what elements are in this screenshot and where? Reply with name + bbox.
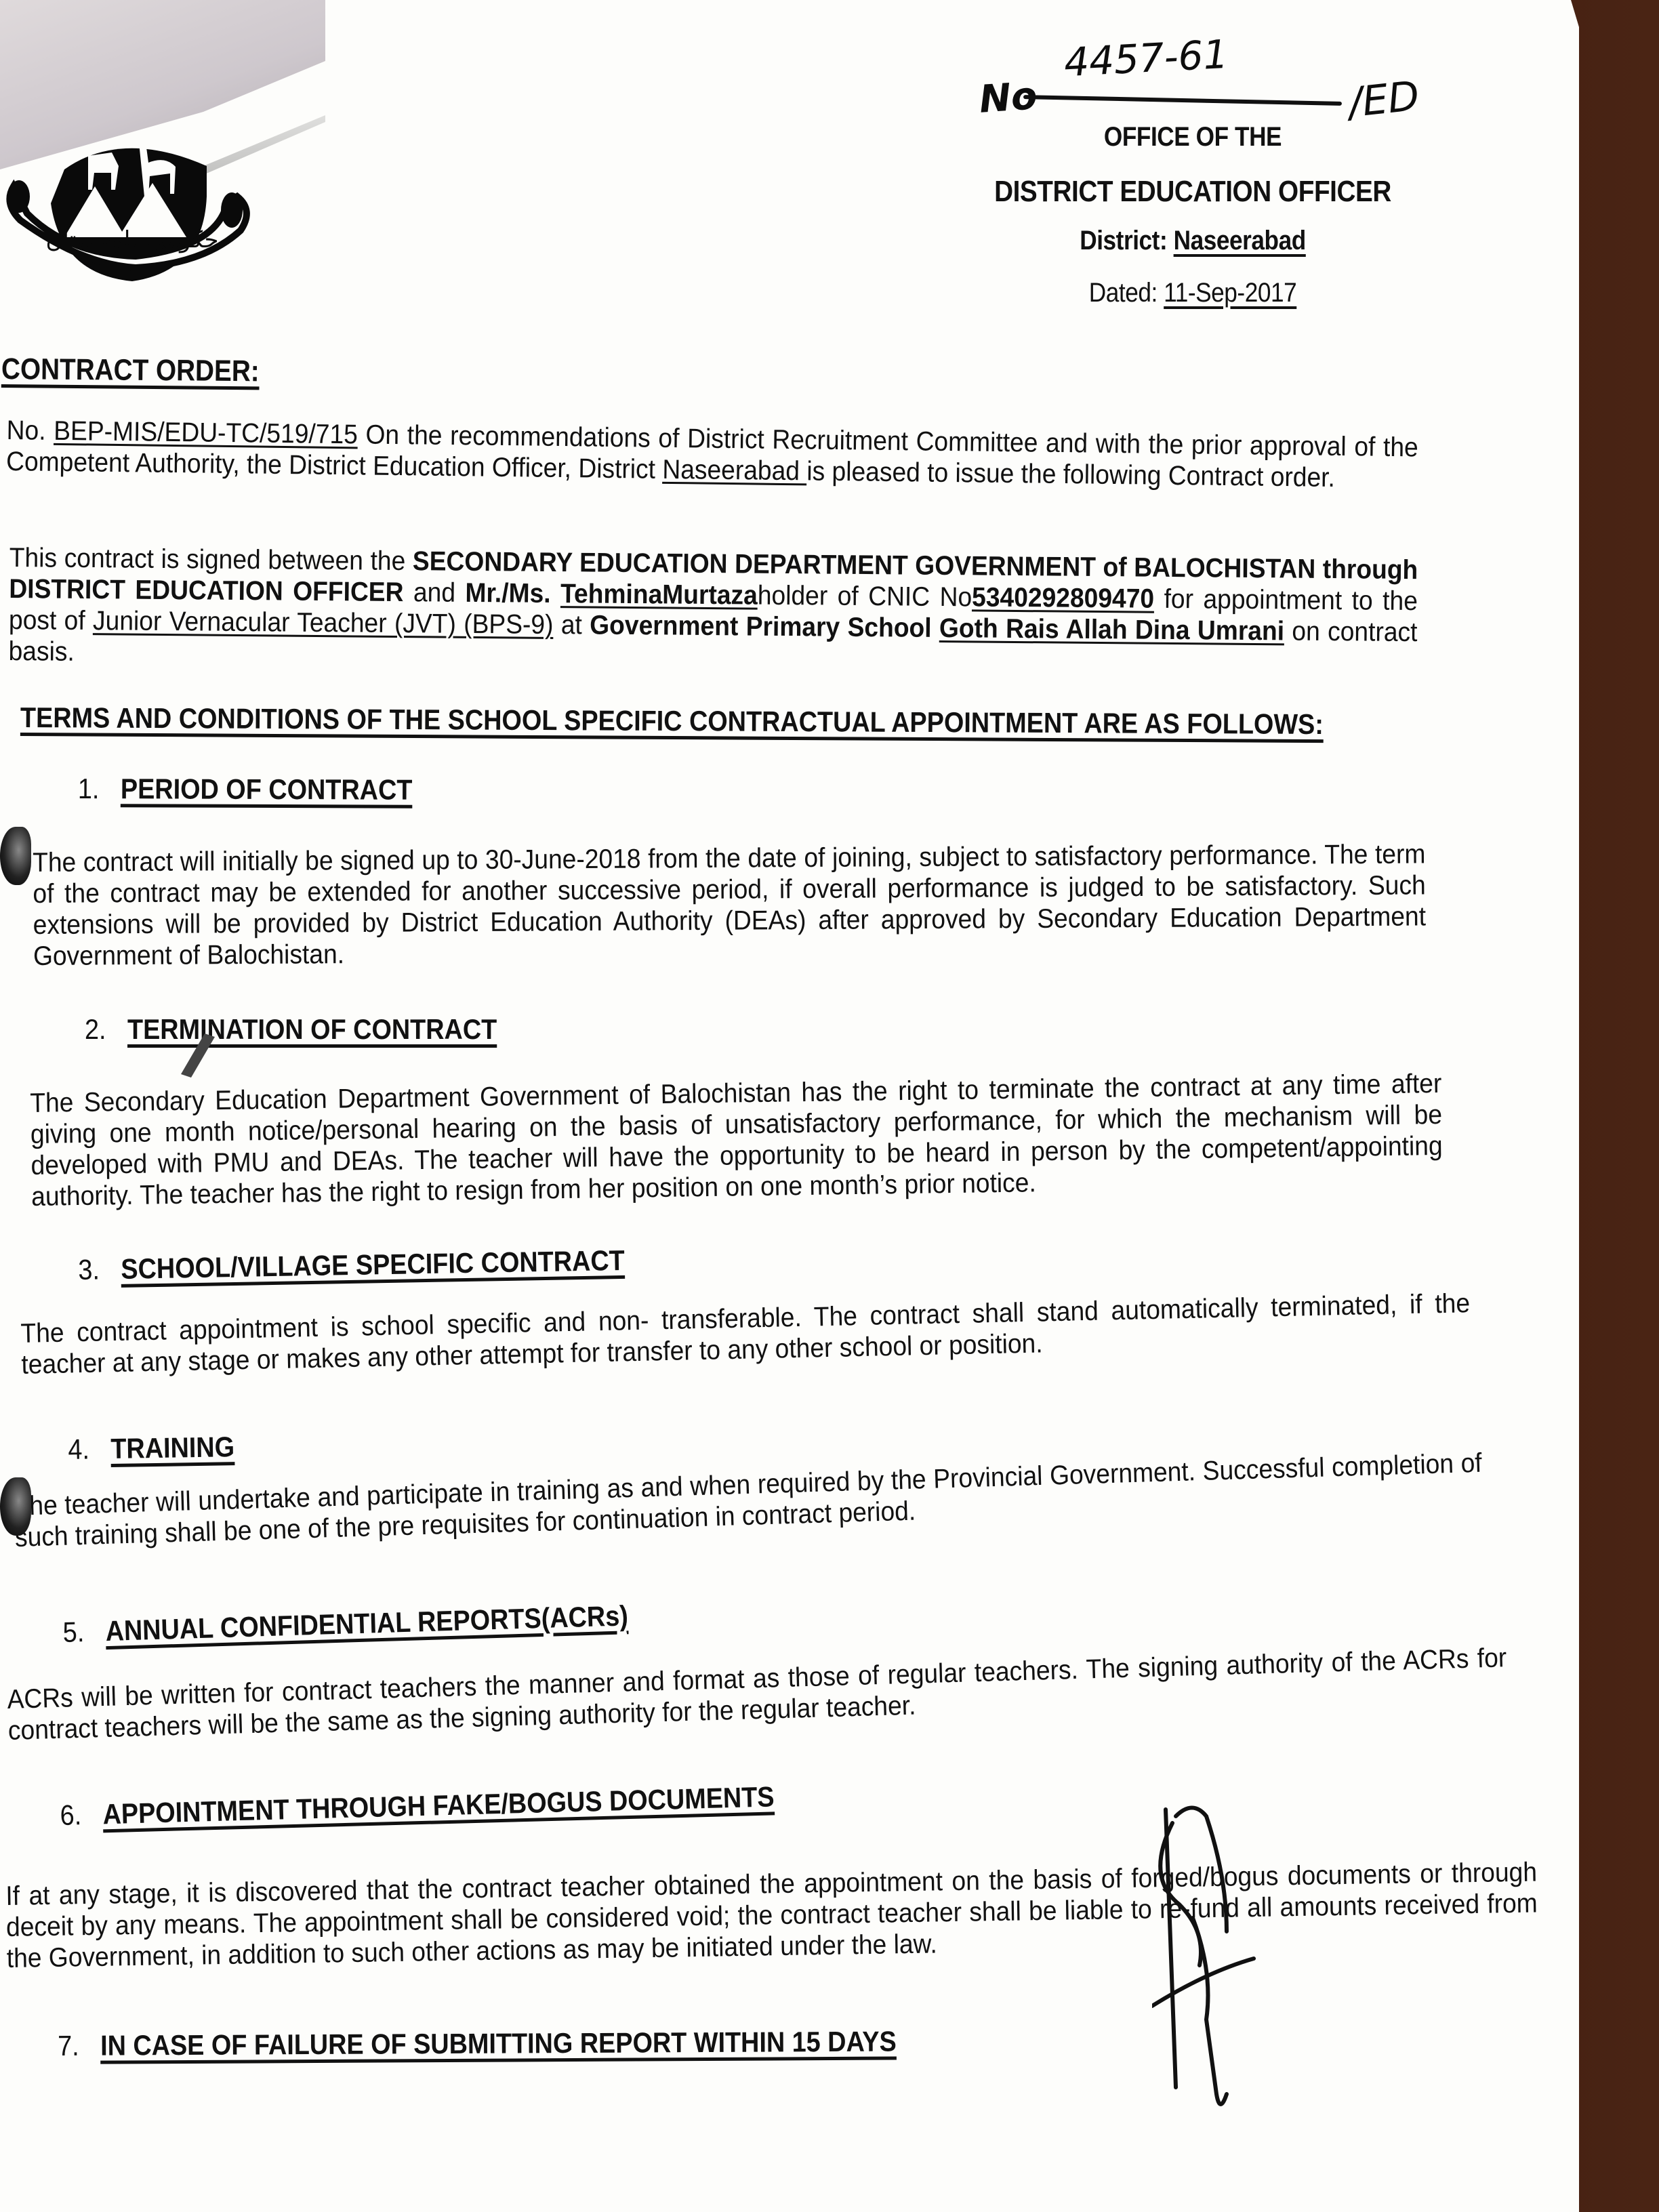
section-2-body: The Secondary Education Department Gover… — [30, 1068, 1443, 1212]
handwritten-no-value: 4457-61 — [1063, 31, 1229, 86]
agreement-text: This contract is signed between the — [9, 543, 413, 576]
agreement-text: and — [403, 577, 465, 608]
section-number: 6. — [60, 1798, 103, 1832]
svg-text:حکومت بلوچستان: حکومت بلوچستان — [46, 226, 219, 253]
teacher-name: TehminaMurtaza — [560, 579, 758, 611]
government-of-balochistan-emblem-icon: حکومت بلوچستان — [0, 102, 258, 285]
intro-district: Naseerabad — [662, 455, 807, 487]
thumb-smudge — [0, 1477, 31, 1536]
school-name: Goth Rais Allah Dina Umrani — [939, 613, 1284, 646]
post-title: Junior Vernacular Teacher (JVT) (BPS-9) — [93, 606, 554, 640]
pen-smudge-mark — [178, 1033, 218, 1081]
thumb-smudge — [0, 827, 31, 885]
district-value: Naseerabad — [1174, 226, 1306, 255]
section-1-body: The contract will initially be signed up… — [33, 838, 1426, 972]
handwritten-no-suffix: /ED — [1347, 73, 1422, 127]
section-7-title: 7.IN CASE OF FAILURE OF SUBMITTING REPOR… — [58, 2026, 897, 2062]
section-1-title: 1.PERIOD OF CONTRACT — [78, 773, 413, 806]
office-line-2: DISTRICT EDUCATION OFFICER — [966, 175, 1420, 209]
terms-heading: TERMS AND CONDITIONS OF THE SCHOOL SPECI… — [20, 701, 1324, 741]
section-number: 1. — [78, 773, 121, 805]
office-line-1: OFFICE OF THE — [966, 122, 1420, 152]
agreement-text: holder of CNIC No — [758, 581, 972, 613]
section-number: 5. — [62, 1615, 106, 1649]
school-prefix: Government Primary School — [590, 610, 939, 642]
ref-prefix: No. — [6, 415, 45, 446]
section-2-title: 2.TERMINATION OF CONTRACT — [85, 1013, 497, 1046]
section-4-title: 4.TRAINING — [68, 1431, 234, 1466]
section-number: 3. — [78, 1253, 121, 1286]
section-title-text: TRAINING — [110, 1431, 234, 1465]
section-title-text: PERIOD OF CONTRACT — [121, 773, 413, 806]
teacher-title: Mr./Ms. — [465, 578, 560, 609]
agreement-text: at — [553, 610, 590, 640]
date-line: Dated: 11-Sep-2017 — [966, 278, 1420, 308]
section-number: 4. — [68, 1433, 111, 1466]
cnic-number: 5340292809470 — [972, 582, 1154, 613]
agreement-paragraph: This contract is signed between the SECO… — [8, 542, 1418, 679]
intro-text-end: is pleased to issue the following Contra… — [806, 456, 1335, 493]
section-number: 7. — [58, 2030, 100, 2062]
handwritten-signature-icon — [1152, 1796, 1328, 2108]
district-line: District: Naseerabad — [966, 226, 1420, 256]
ref-number: BEP-MIS/EDU-TC/519/715 — [54, 416, 358, 449]
district-label: District: — [1080, 226, 1167, 255]
contract-order-title: CONTRACT ORDER: — [1, 352, 260, 388]
date-value: 11-Sep-2017 — [1164, 278, 1296, 308]
section-number: 2. — [85, 1013, 127, 1046]
section-title-text: IN CASE OF FAILURE OF SUBMITTING REPORT … — [100, 2026, 897, 2062]
date-label: Dated: — [1089, 278, 1158, 308]
